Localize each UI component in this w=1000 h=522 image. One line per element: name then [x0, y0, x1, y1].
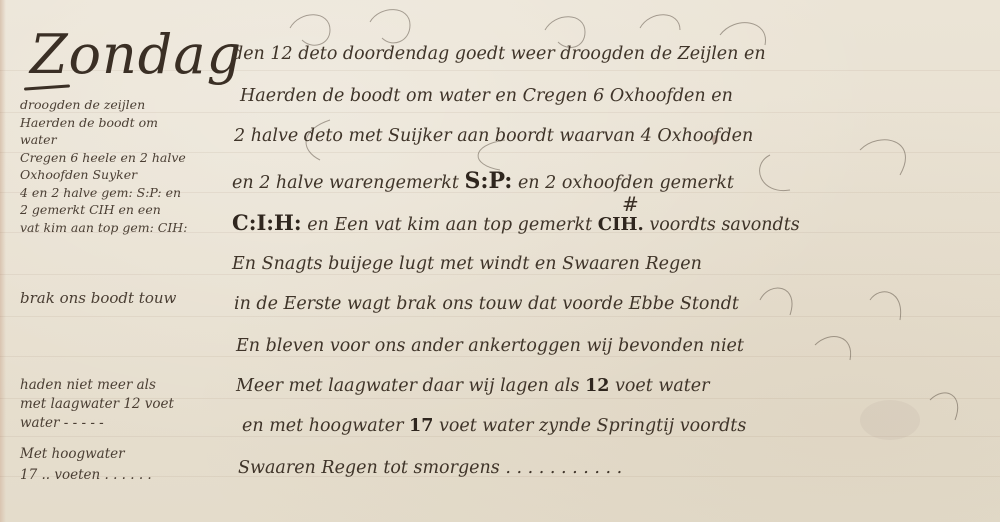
log-line-text: en 2 oxhoofden gemerkt — [512, 173, 734, 193]
margin-line: met laagwater 12 voet — [20, 395, 245, 414]
margin-line: droogden de zeijlen — [20, 96, 245, 114]
margin-line: haden niet meer als — [20, 376, 245, 395]
log-line-text: en 2 halve warengemerkt — [232, 173, 464, 193]
log-line-text: Haerden de boodt om water en Cregen 6 Ox… — [240, 86, 733, 106]
margin-line: water - - - - - — [20, 414, 245, 433]
log-line: en met hoogwater 17 voet water zynde Spr… — [242, 416, 746, 436]
page-heading: Zondag — [30, 28, 242, 82]
log-line: Swaaren Regen tot smorgens . . . . . . .… — [238, 458, 622, 478]
paper-stain — [860, 400, 920, 440]
margin-line: water — [20, 131, 245, 149]
log-line: Meer met laagwater daar wij lagen als 12… — [236, 376, 710, 396]
margin-note-low-water: haden niet meer als met laagwater 12 voe… — [20, 376, 245, 433]
margin-line: 2 gemerkt CIH en een — [20, 201, 245, 219]
log-line-text: En bleven voor ons ander ankertoggen wij… — [236, 336, 744, 356]
margin-line: 4 en 2 halve gem: S:P: en — [20, 184, 245, 202]
log-line-text: Swaaren Regen tot smorgens . . . . . . .… — [238, 458, 622, 478]
low-water-depth: 12 — [585, 376, 609, 396]
high-water-depth: 17 — [409, 416, 433, 436]
log-line: 2 halve deto met Suijker aan boordt waar… — [234, 126, 753, 146]
log-line: En Snagts buijege lugt met windt en Swaa… — [232, 254, 702, 274]
margin-note-broken-rope: brak ons boodt touw — [20, 290, 245, 308]
log-line: en 2 halve warengemerkt S:P: en 2 oxhoof… — [232, 168, 734, 194]
log-line-text: En Snagts buijege lugt met windt en Swaa… — [232, 254, 702, 274]
margin-line: Haerden de boodt om — [20, 114, 245, 132]
ruling-line — [0, 436, 1000, 437]
manuscript-page: Zondag droogden de zeijlen Haerden de bo… — [0, 0, 1000, 522]
log-line: den 12 deto doordendag goedt weer droogd… — [232, 44, 766, 64]
margin-note-high-water: Met hoogwater 17 .. voeten . . . . . . — [20, 444, 245, 486]
merchant-mark-cih-2: CIH. — [598, 214, 644, 235]
log-line-text: in de Eerste wagt brak ons touw dat voor… — [234, 294, 739, 314]
log-line-text: en met hoogwater — [242, 416, 409, 436]
ruling-line — [0, 274, 1000, 275]
log-line-text: en Een vat kim aan top gemerkt — [302, 215, 598, 235]
margin-line: brak ons boodt touw — [20, 290, 245, 308]
log-line-text: voet water zynde Springtij voordts — [433, 416, 746, 436]
margin-line: Met hoogwater — [20, 444, 245, 465]
log-line: En bleven voor ons ander ankertoggen wij… — [236, 336, 744, 356]
ruling-line — [0, 316, 1000, 317]
log-line-text: den 12 deto doordendag goedt weer droogd… — [232, 44, 766, 64]
log-line-text: voet water — [609, 376, 709, 396]
margin-line: Oxhoofden Suyker — [20, 166, 245, 184]
log-line: Haerden de boodt om water en Cregen 6 Ox… — [240, 86, 733, 106]
margin-line: vat kim aan top gem: CIH: — [20, 219, 245, 237]
ruling-line — [0, 356, 1000, 357]
log-line-text: voordts savondts — [644, 215, 800, 235]
log-line-text: 2 halve deto met Suijker aan boordt waar… — [234, 126, 753, 146]
margin-note-cargo: droogden de zeijlen Haerden de boodt om … — [20, 96, 245, 236]
log-line: C:I:H: en Een vat kim aan top gemerkt CI… — [232, 210, 800, 235]
margin-line: 17 .. voeten . . . . . . — [20, 465, 245, 486]
log-line-text: Meer met laagwater daar wij lagen als — [236, 376, 585, 396]
log-line: in de Eerste wagt brak ons touw dat voor… — [234, 294, 739, 314]
merchant-mark-cih: C:I:H: — [232, 210, 302, 235]
margin-line: Cregen 6 heele en 2 halve — [20, 149, 245, 167]
merchant-mark-sp: S:P: — [464, 168, 512, 194]
page-edge — [0, 0, 6, 522]
